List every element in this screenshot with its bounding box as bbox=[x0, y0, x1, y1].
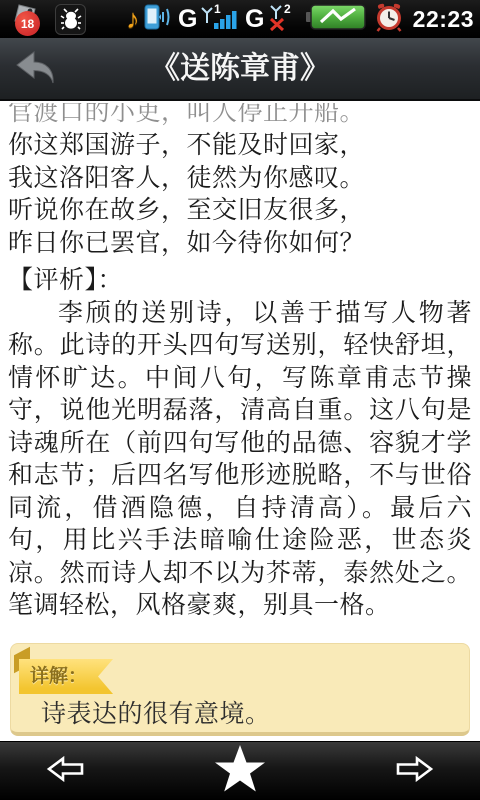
poem-line: 听说你在故乡，至交旧友很多， bbox=[8, 194, 472, 227]
prev-button[interactable] bbox=[46, 756, 84, 787]
title-bar: 《送陈章甫》 bbox=[0, 38, 480, 101]
page-title: 《送陈章甫》 bbox=[0, 38, 480, 99]
sim2-index: 2 bbox=[284, 2, 291, 16]
note-text: 诗表达的很有意境。 bbox=[41, 694, 271, 730]
next-button[interactable] bbox=[396, 756, 434, 787]
right-arrow-icon bbox=[396, 756, 434, 787]
bottom-nav-bar bbox=[0, 741, 480, 800]
signal-sim1-icon: G 1 bbox=[178, 1, 240, 38]
notification-tag-icon: 18 bbox=[6, 2, 46, 36]
music-note-icon: ♪ bbox=[126, 6, 140, 33]
poem-line: 昨日你已罢官，如今待你如何？ bbox=[8, 227, 472, 260]
poem-line-clipped: 官渡口的小吏，叫人停止开船。 bbox=[8, 103, 472, 129]
poem-line: 你这郑国游子，不能及时回家， bbox=[8, 129, 472, 162]
sim2-label: G bbox=[245, 5, 264, 33]
sim1-label: G bbox=[178, 5, 197, 33]
back-button[interactable] bbox=[12, 51, 60, 89]
back-arrow-icon bbox=[13, 49, 59, 92]
poem-line: 我这洛阳客人，徒然为你感叹。 bbox=[8, 162, 472, 195]
left-arrow-icon bbox=[46, 756, 84, 787]
notification-badge: 18 bbox=[15, 11, 40, 36]
favorite-button[interactable] bbox=[214, 744, 266, 799]
usb-debugging-icon bbox=[55, 4, 86, 35]
note-box: 详解： 诗表达的很有意境。 bbox=[10, 643, 470, 736]
speaker-phone-icon bbox=[143, 3, 173, 36]
analysis-heading: 【评析】： bbox=[8, 264, 472, 297]
battery-icon bbox=[305, 3, 367, 36]
status-bar: 18 ♪ bbox=[0, 0, 480, 38]
star-icon bbox=[214, 744, 266, 799]
clock-time: 22:23 bbox=[413, 6, 474, 33]
ribbon-label: 详解： bbox=[19, 659, 113, 694]
sim1-index: 1 bbox=[214, 2, 221, 16]
alarm-clock-icon bbox=[373, 1, 405, 38]
analysis-paragraph: 李颀的送别诗，以善于描写人物著称。此诗的开头四句写送别，轻快舒坦，情怀旷达。中间… bbox=[8, 297, 472, 622]
app-screen: 18 ♪ bbox=[0, 0, 480, 800]
signal-sim2-icon: G 2 bbox=[245, 1, 295, 38]
